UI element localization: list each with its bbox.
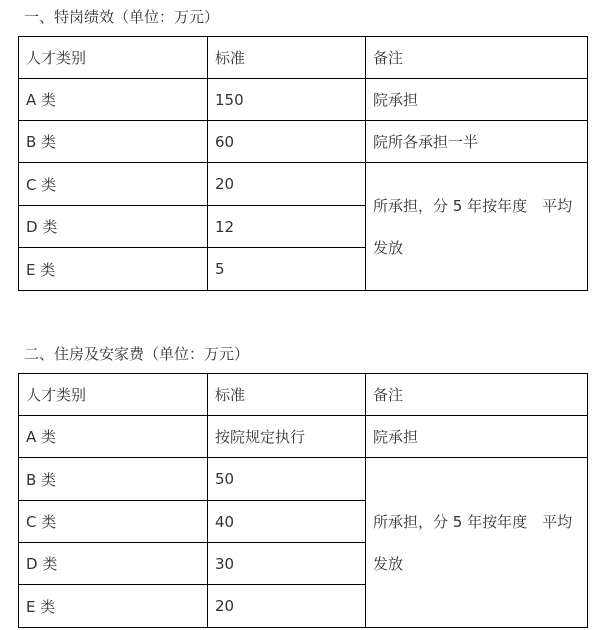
cell-standard: 60: [208, 121, 366, 163]
housing-table: 人才类别 标准 备注 A 类 按院规定执行 院承担 B 类 50 所承担，分 5…: [18, 373, 588, 628]
table-row: C 类 20 所承担，分 5 年按年度 平均发放: [19, 163, 588, 206]
cell-standard: 12: [208, 206, 366, 248]
cell-standard: 40: [208, 501, 366, 543]
cell-category: A 类: [19, 79, 208, 121]
header-note: 备注: [366, 37, 588, 79]
cell-note-merged: 所承担，分 5 年按年度 平均发放: [366, 163, 588, 291]
header-standard: 标准: [208, 374, 366, 416]
cell-category: E 类: [19, 585, 208, 628]
cell-note: 院所各承担一半: [366, 121, 588, 163]
performance-table: 人才类别 标准 备注 A 类 150 院承担 B 类 60 院所各承担一半 C …: [18, 36, 588, 291]
cell-standard: 5: [208, 248, 366, 291]
cell-category: C 类: [19, 501, 208, 543]
cell-standard: 20: [208, 163, 366, 206]
cell-note-merged: 所承担，分 5 年按年度 平均发放: [366, 458, 588, 628]
header-category: 人才类别: [19, 374, 208, 416]
table-header-row: 人才类别 标准 备注: [19, 374, 588, 416]
cell-standard: 20: [208, 585, 366, 628]
cell-note: 院承担: [366, 416, 588, 458]
cell-note: 院承担: [366, 79, 588, 121]
header-note: 备注: [366, 374, 588, 416]
cell-category: D 类: [19, 206, 208, 248]
table-row: A 类 150 院承担: [19, 79, 588, 121]
cell-standard: 50: [208, 458, 366, 501]
table-header-row: 人才类别 标准 备注: [19, 37, 588, 79]
cell-category: E 类: [19, 248, 208, 291]
cell-category: A 类: [19, 416, 208, 458]
cell-category: B 类: [19, 121, 208, 163]
table-row: B 类 60 院所各承担一半: [19, 121, 588, 163]
header-standard: 标准: [208, 37, 366, 79]
cell-category: B 类: [19, 458, 208, 501]
section2-title: 二、住房及安家费（单位：万元）: [24, 343, 249, 364]
cell-standard: 150: [208, 79, 366, 121]
cell-category: D 类: [19, 543, 208, 585]
section1-title: 一、特岗绩效（单位：万元）: [24, 6, 219, 27]
cell-standard: 30: [208, 543, 366, 585]
table-row: B 类 50 所承担，分 5 年按年度 平均发放: [19, 458, 588, 501]
header-category: 人才类别: [19, 37, 208, 79]
cell-standard: 按院规定执行: [208, 416, 366, 458]
cell-category: C 类: [19, 163, 208, 206]
table-row: A 类 按院规定执行 院承担: [19, 416, 588, 458]
